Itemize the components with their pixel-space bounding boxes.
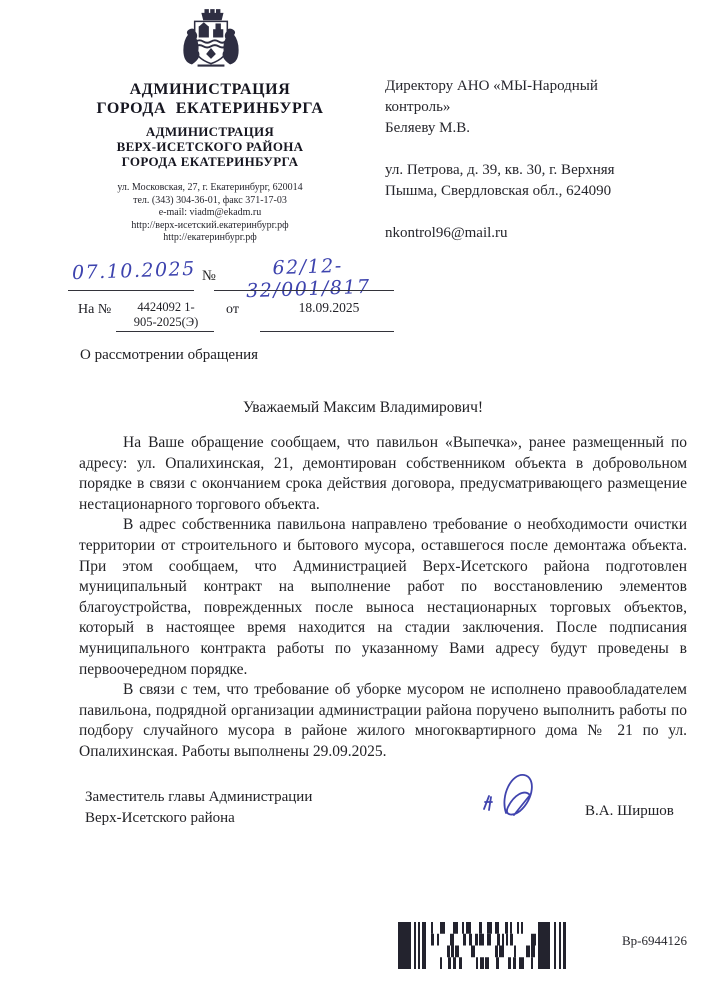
incoming-number: 4424092 1- 905-2025(Э) — [120, 300, 212, 330]
recipient-block: Директору АНО «МЫ-Народный контроль» Бел… — [385, 76, 700, 244]
org-title-line1: АДМИНИСТРАЦИЯ — [55, 80, 365, 99]
signer-title-line1: Заместитель главы Администрации — [85, 787, 312, 808]
outgoing-date-handwritten: 07.10.2025 — [72, 258, 195, 284]
reference-incoming-row: На № 4424092 1- 905-2025(Э) от 18.09.202… — [68, 298, 408, 336]
org-subtitle-line2: ВЕРХ-ИСЕТСКОГО РАЙОНА — [55, 139, 365, 154]
recipient-position-line1: Директору АНО «МЫ-Народный — [385, 76, 700, 97]
signer-title-line2: Верх-Исетского района — [85, 808, 312, 829]
letter-body: На Ваше обращение сообщаем, что павильон… — [79, 433, 687, 763]
incoming-number-underline — [116, 331, 214, 332]
signer-name: В.А. Ширшов — [585, 803, 674, 820]
org-title-line2: ГОРОДА ЕКАТЕРИНБУРГА — [55, 99, 365, 118]
incoming-number-line2: 905-2025(Э) — [134, 315, 199, 329]
barcode-label: Вр-6944126 — [622, 933, 687, 949]
body-paragraph-3: В связи с тем, что требование об уборке … — [79, 680, 687, 762]
recipient-position-line2: контроль» — [385, 97, 700, 118]
outgoing-number-handwritten: 62/12-32/001/817 — [217, 253, 398, 303]
org-subtitle: АДМИНИСТРАЦИЯ ВЕРХ-ИСЕТСКОГО РАЙОНА ГОРО… — [55, 124, 365, 169]
signer-title: Заместитель главы Администрации Верх-Исе… — [85, 787, 312, 829]
incoming-number-line1: 4424092 1- — [137, 300, 194, 314]
reference-outgoing-row: 07.10.2025 № 62/12-32/001/817 — [68, 258, 408, 298]
org-contacts: ул. Московская, 27, г. Екатеринбург, 620… — [55, 182, 365, 245]
recipient-name: Беляеву М.В. — [385, 118, 700, 139]
na-no-label: На № — [78, 302, 111, 318]
body-paragraph-1: На Ваше обращение сообщаем, что павильон… — [79, 433, 687, 515]
body-paragraph-2: В адрес собственника павильона направлен… — [79, 515, 687, 680]
org-site-district: http://верх-исетский.екатеринбург.рф — [55, 220, 365, 233]
org-email: e-mail: viadm@ekadm.ru — [55, 207, 365, 220]
barcode-svg — [398, 922, 582, 969]
yekaterinburg-coat-of-arms-icon — [163, 6, 259, 76]
outgoing-date-underline — [68, 290, 194, 291]
org-phone: тел. (343) 304-36-01, факс 371-17-03 — [55, 195, 365, 208]
org-subtitle-line1: АДМИНИСТРАЦИЯ — [55, 124, 365, 139]
org-address: ул. Московская, 27, г. Екатеринбург, 620… — [55, 182, 365, 195]
outgoing-number-underline — [214, 290, 394, 291]
recipient-address-line1: ул. Петрова, д. 39, кв. 30, г. Верхняя — [385, 160, 700, 181]
incoming-date-underline — [260, 331, 394, 332]
letter-page: АДМИНИСТРАЦИЯ ГОРОДА ЕКАТЕРИНБУРГА АДМИН… — [0, 0, 710, 1000]
org-title: АДМИНИСТРАЦИЯ ГОРОДА ЕКАТЕРИНБУРГА — [55, 80, 365, 118]
salutation: Уважаемый Максим Владимирович! — [243, 399, 483, 417]
number-sign: № — [202, 268, 216, 285]
org-site-city: http://екатеринбург.рф — [55, 232, 365, 245]
incoming-date: 18.09.2025 — [264, 300, 394, 316]
recipient-email: nkontrol96@mail.ru — [385, 223, 700, 244]
handwritten-signature — [462, 765, 572, 835]
letterhead: АДМИНИСТРАЦИЯ ГОРОДА ЕКАТЕРИНБУРГА АДМИН… — [55, 80, 365, 245]
recipient-address-line2: Пышма, Свердловская обл., 624090 — [385, 181, 700, 202]
org-subtitle-line3: ГОРОДА ЕКАТЕРИНБУРГА — [55, 154, 365, 169]
document-barcode — [398, 922, 582, 969]
subject-line: О рассмотрении обращения — [80, 347, 258, 364]
ot-label: от — [226, 302, 239, 318]
